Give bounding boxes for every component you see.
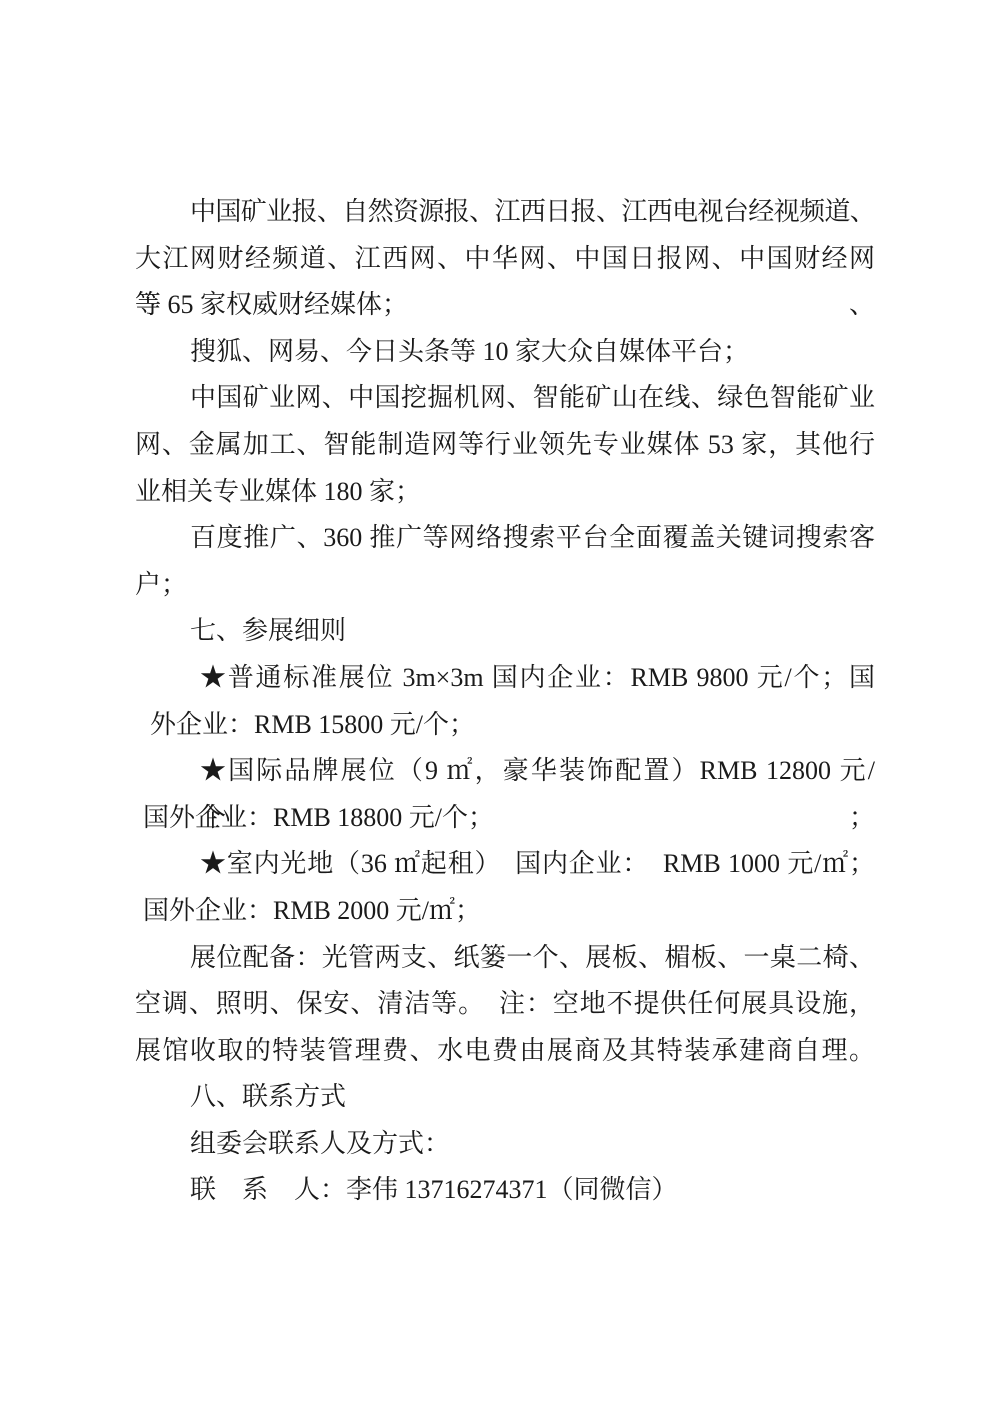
text-line: 搜狐、网易、今日头条等 10 家大众自媒体平台； bbox=[135, 329, 875, 376]
text-line: 户； bbox=[135, 562, 875, 609]
text-line: 中国矿业报、自然资源报、江西日报、江西电视台经视频道、 bbox=[135, 189, 875, 236]
text-line: ★室内光地（36 ㎡起租） 国内企业： RMB 1000 元/㎡； bbox=[135, 841, 875, 888]
text-line: 网、金属加工、智能制造网等行业领先专业媒体 53 家，其他行 bbox=[135, 422, 875, 469]
text-line: 中国矿业网、中国挖掘机网、智能矿山在线、绿色智能矿业 bbox=[135, 375, 875, 422]
contact-line: 联 系 人：李伟 13716274371（同微信） bbox=[135, 1167, 875, 1214]
document-page: 中国矿业报、自然资源报、江西日报、江西电视台经视频道、 大江网财经频道、江西网、… bbox=[0, 0, 1000, 1414]
text-line: ★普通标准展位 3m×3m 国内企业：RMB 9800 元/个；国 bbox=[135, 655, 875, 702]
text-line: 展位配备：光管两支、纸篓一个、展板、楣板、一桌二椅、 bbox=[135, 935, 875, 982]
text-line: 业相关专业媒体 180 家； bbox=[135, 469, 875, 516]
text-line: 百度推广、360 推广等网络搜索平台全面覆盖关键词搜索客 bbox=[135, 515, 875, 562]
text-line: 大江网财经频道、江西网、中华网、中国日报网、中国财经网等、 bbox=[135, 236, 875, 283]
section-heading-8: 八、联系方式 bbox=[135, 1074, 875, 1121]
text-line: 组委会联系人及方式： bbox=[135, 1121, 875, 1168]
text-line: 国外企业：RMB 2000 元/㎡； bbox=[135, 888, 875, 935]
text-line: ★国际品牌展位（9 ㎡，豪华装饰配置）RMB 12800 元/个； bbox=[135, 748, 875, 795]
text-line: 空调、照明、保安、清洁等。 注：空地不提供任何展具设施， bbox=[135, 981, 875, 1028]
text-line: 外企业：RMB 15800 元/个； bbox=[135, 702, 875, 749]
section-heading-7: 七、参展细则 bbox=[135, 608, 875, 655]
text-block: 中国矿业报、自然资源报、江西日报、江西电视台经视频道、 大江网财经频道、江西网、… bbox=[135, 189, 875, 1214]
text-line: 展馆收取的特装管理费、水电费由展商及其特装承建商自理。 bbox=[135, 1028, 875, 1075]
